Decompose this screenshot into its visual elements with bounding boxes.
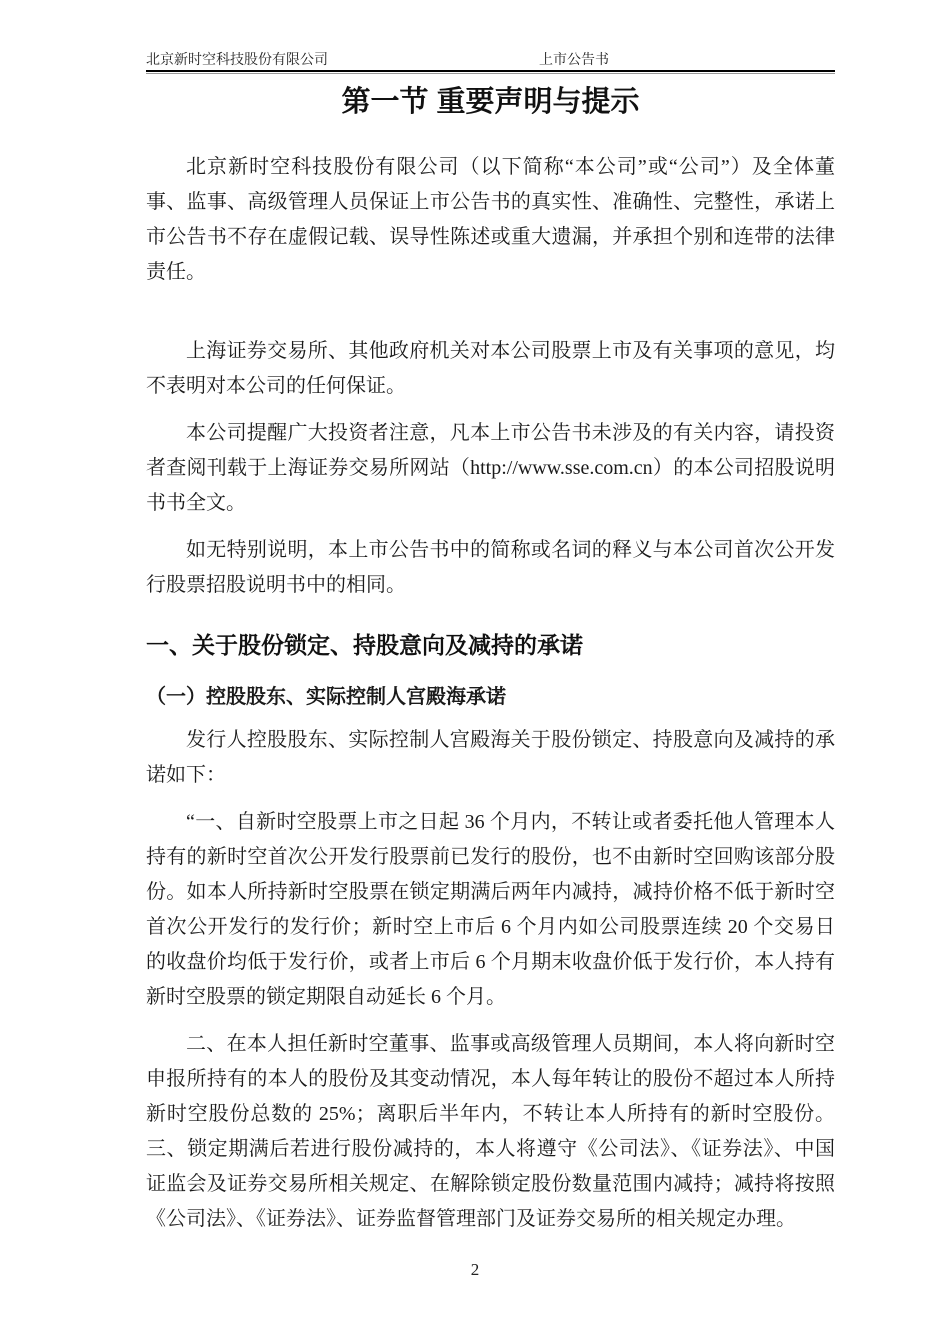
intro-paragraph-2: 上海证券交易所、其他政府机关对本公司股票上市及有关事项的意见，均不表明对本公司的… <box>146 334 835 404</box>
running-header: 北京新时空科技股份有限公司 上市公告书 <box>146 0 835 70</box>
intro-paragraph-1: 北京新时空科技股份有限公司（以下简称“本公司”或“公司”）及全体董事、监事、高级… <box>146 150 835 290</box>
page-content: 北京新时空科技股份有限公司 上市公告书 第一节 重要声明与提示 北京新时空科技股… <box>146 0 835 1237</box>
chapter-title: 第一节 重要声明与提示 <box>146 84 835 120</box>
header-rule-thick <box>146 70 835 72</box>
section-paragraph-1: 发行人控股股东、实际控制人宫殿海关于股份锁定、持股意向及减持的承诺如下： <box>146 723 835 793</box>
header-rule-thin <box>146 73 835 74</box>
header-company-name: 北京新时空科技股份有限公司 <box>146 52 328 70</box>
intro-paragraph-4: 如无特别说明，本上市公告书中的简称或名词的释义与本公司首次公开发行股票招股说明书… <box>146 533 835 603</box>
header-doc-type: 上市公告书 <box>539 52 609 70</box>
intro-paragraph-3: 本公司提醒广大投资者注意，凡本上市公告书未涉及的有关内容，请投资者查阅刊载于上海… <box>146 416 835 521</box>
section-paragraph-3: 二、在本人担任新时空董事、监事或高级管理人员期间，本人将向新时空申报所持有的本人… <box>146 1027 835 1237</box>
sub-heading-controlling-shareholder: （一）控股股东、实际控制人宫殿海承诺 <box>146 683 835 711</box>
document-page: 北京新时空科技股份有限公司 上市公告书 第一节 重要声明与提示 北京新时空科技股… <box>0 0 950 1344</box>
page-number: 2 <box>0 1260 950 1280</box>
section-paragraph-2: “一、自新时空股票上市之日起 36 个月内，不转让或者委托他人管理本人持有的新时… <box>146 805 835 1015</box>
section-heading-share-lockup: 一、关于股份锁定、持股意向及减持的承诺 <box>146 629 835 661</box>
